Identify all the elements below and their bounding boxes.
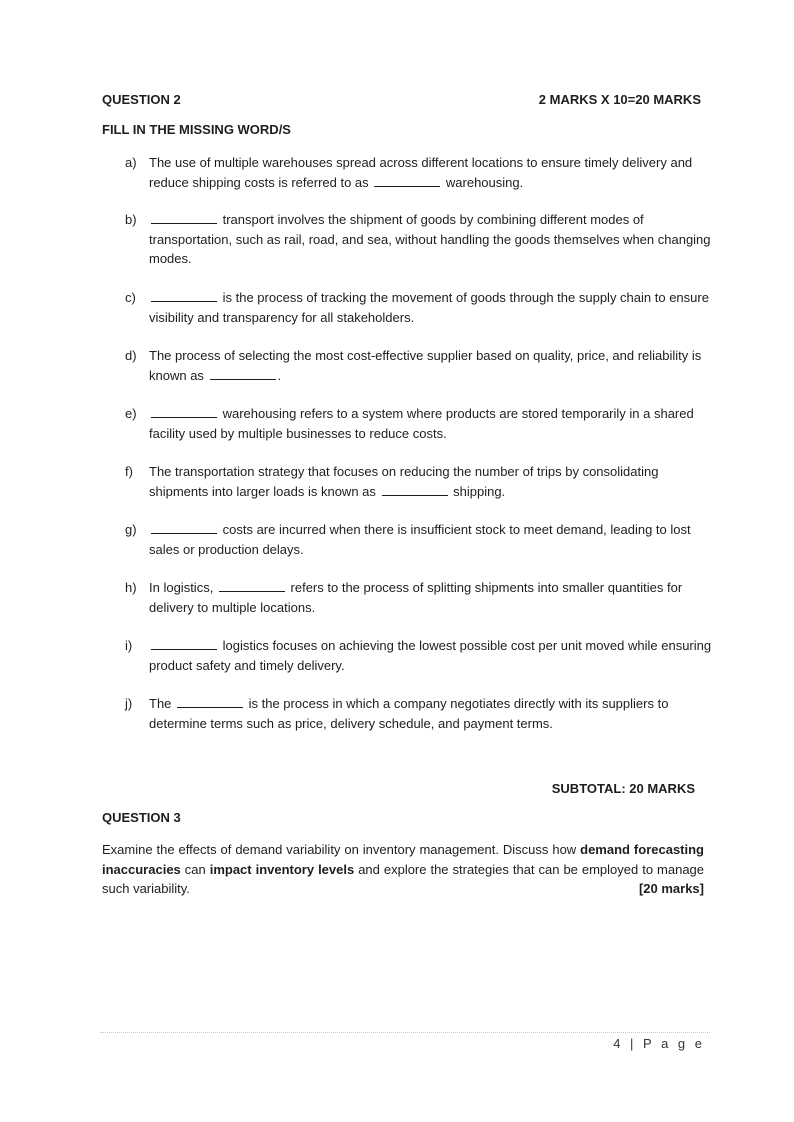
question-item: b) transport involves the shipment of go… bbox=[125, 210, 715, 269]
answer-blank[interactable] bbox=[374, 174, 440, 187]
question-3-marks: [20 marks] bbox=[639, 879, 704, 899]
answer-blank[interactable] bbox=[151, 637, 217, 650]
question-item: g) costs are incurred when there is insu… bbox=[125, 520, 715, 559]
body-text: can bbox=[181, 862, 210, 877]
body-text: Examine the effects of demand variabilit… bbox=[102, 842, 580, 857]
subtotal: SUBTOTAL: 20 MARKS bbox=[552, 781, 695, 796]
question-3-title: QUESTION 3 bbox=[102, 810, 181, 825]
answer-blank[interactable] bbox=[177, 695, 243, 708]
question-item: d)The process of selecting the most cost… bbox=[125, 346, 715, 385]
question-3-text: Examine the effects of demand variabilit… bbox=[102, 842, 704, 896]
item-label: g) bbox=[125, 520, 137, 540]
question-item: e) warehousing refers to a system where … bbox=[125, 404, 715, 443]
item-label: j) bbox=[125, 694, 132, 714]
item-text: The is the process in which a company ne… bbox=[149, 694, 715, 733]
item-text: The process of selecting the most cost-e… bbox=[149, 346, 715, 385]
question-item: a)The use of multiple warehouses spread … bbox=[125, 153, 715, 192]
item-text: The use of multiple warehouses spread ac… bbox=[149, 153, 715, 192]
item-text: costs are incurred when there is insuffi… bbox=[149, 520, 715, 559]
item-text: logistics focuses on achieving the lowes… bbox=[149, 636, 715, 675]
answer-blank[interactable] bbox=[219, 579, 285, 592]
question-item: j)The is the process in which a company … bbox=[125, 694, 715, 733]
item-text: is the process of tracking the movement … bbox=[149, 288, 715, 327]
answer-blank[interactable] bbox=[382, 483, 448, 496]
question-item: c) is the process of tracking the moveme… bbox=[125, 288, 715, 327]
question-3-body: Examine the effects of demand variabilit… bbox=[102, 840, 704, 899]
footer-divider bbox=[100, 1032, 710, 1033]
question-2-marks: 2 MARKS X 10=20 MARKS bbox=[539, 92, 701, 107]
item-label: e) bbox=[125, 404, 137, 424]
item-label: a) bbox=[125, 153, 137, 173]
item-label: i) bbox=[125, 636, 132, 656]
answer-blank[interactable] bbox=[151, 289, 217, 302]
answer-blank[interactable] bbox=[151, 405, 217, 418]
question-2-instruction: FILL IN THE MISSING WORD/S bbox=[102, 122, 291, 137]
item-label: f) bbox=[125, 462, 133, 482]
answer-blank[interactable] bbox=[151, 521, 217, 534]
item-text: In logistics, refers to the process of s… bbox=[149, 578, 715, 617]
question-item: i) logistics focuses on achieving the lo… bbox=[125, 636, 715, 675]
answer-blank[interactable] bbox=[151, 211, 217, 224]
item-text: The transportation strategy that focuses… bbox=[149, 462, 715, 501]
item-label: h) bbox=[125, 578, 137, 598]
emphasis-text: impact inventory levels bbox=[210, 862, 355, 877]
answer-blank[interactable] bbox=[210, 367, 276, 380]
item-text: warehousing refers to a system where pro… bbox=[149, 404, 715, 443]
question-item: h)In logistics, refers to the process of… bbox=[125, 578, 715, 617]
page-number: 4 | P a g e bbox=[613, 1036, 705, 1051]
question-item: f)The transportation strategy that focus… bbox=[125, 462, 715, 501]
item-label: b) bbox=[125, 210, 137, 230]
question-2-title: QUESTION 2 bbox=[102, 92, 181, 107]
item-text: transport involves the shipment of goods… bbox=[149, 210, 715, 269]
item-label: d) bbox=[125, 346, 137, 366]
item-label: c) bbox=[125, 288, 136, 308]
